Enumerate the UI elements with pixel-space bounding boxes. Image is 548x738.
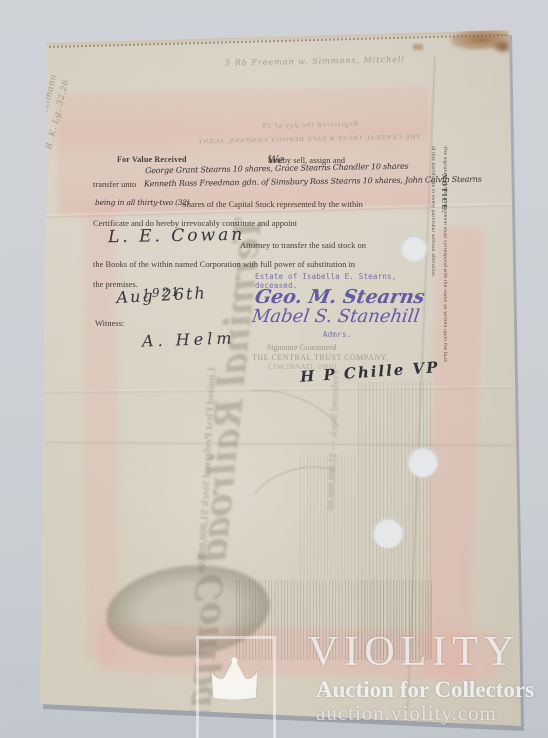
rust-dot	[413, 44, 423, 50]
guarantee-stamp-line-2: THE CENTRAL TRUST COMPANY,	[252, 353, 388, 362]
perforation-line	[49, 34, 511, 48]
pink-col-left	[82, 208, 119, 660]
guarantee-stamp-line-1: Signature Guaranteed	[267, 343, 337, 352]
watermark-tagline: Auction for Collectors	[316, 677, 534, 703]
attorney-line: Attorney to transfer the said stock on	[240, 240, 366, 250]
signature-admr-1: Geo. M. Stearns	[253, 286, 426, 308]
admrs-label: Admrs.	[323, 330, 351, 339]
books-line: the Books of the within named Corporatio…	[93, 259, 355, 269]
hand-being-line: being in all thirty-two (32)	[95, 198, 190, 207]
hole-punch-2	[408, 447, 438, 477]
crown-icon	[205, 656, 265, 700]
witness-label: Witness:	[95, 318, 124, 328]
signature-admr-2: Mabel S. Stanehill	[251, 306, 421, 327]
witness-signature: A. Helm	[142, 328, 236, 350]
pink-band-top	[56, 86, 433, 216]
hand-attorney-name: L. E. Cowan	[108, 225, 246, 247]
hole-punch-1	[401, 235, 427, 261]
notice-body: The signature of this Assignment must co…	[426, 146, 450, 368]
watermark-url: auction.violity.com	[316, 701, 497, 726]
pencil-note-top: 5 Rb Freeman w. Simmons, Mitchell	[225, 53, 475, 67]
hand-date-year: 1921	[142, 285, 181, 301]
shares-line: Shares of the Capital Stock represented …	[182, 199, 363, 209]
auction-photo: Registered the day of 19 THE CENTRAL TRU…	[0, 0, 548, 738]
for-value-received-label: For Value Received	[117, 155, 187, 164]
watermark-brand: VIOLITY	[308, 628, 520, 676]
hole-punch-3	[373, 518, 403, 548]
estate-stamp-line-1: Estate of Isabella E. Stearns,	[255, 272, 396, 281]
transfer-unto-label: transfer unto	[93, 179, 136, 189]
